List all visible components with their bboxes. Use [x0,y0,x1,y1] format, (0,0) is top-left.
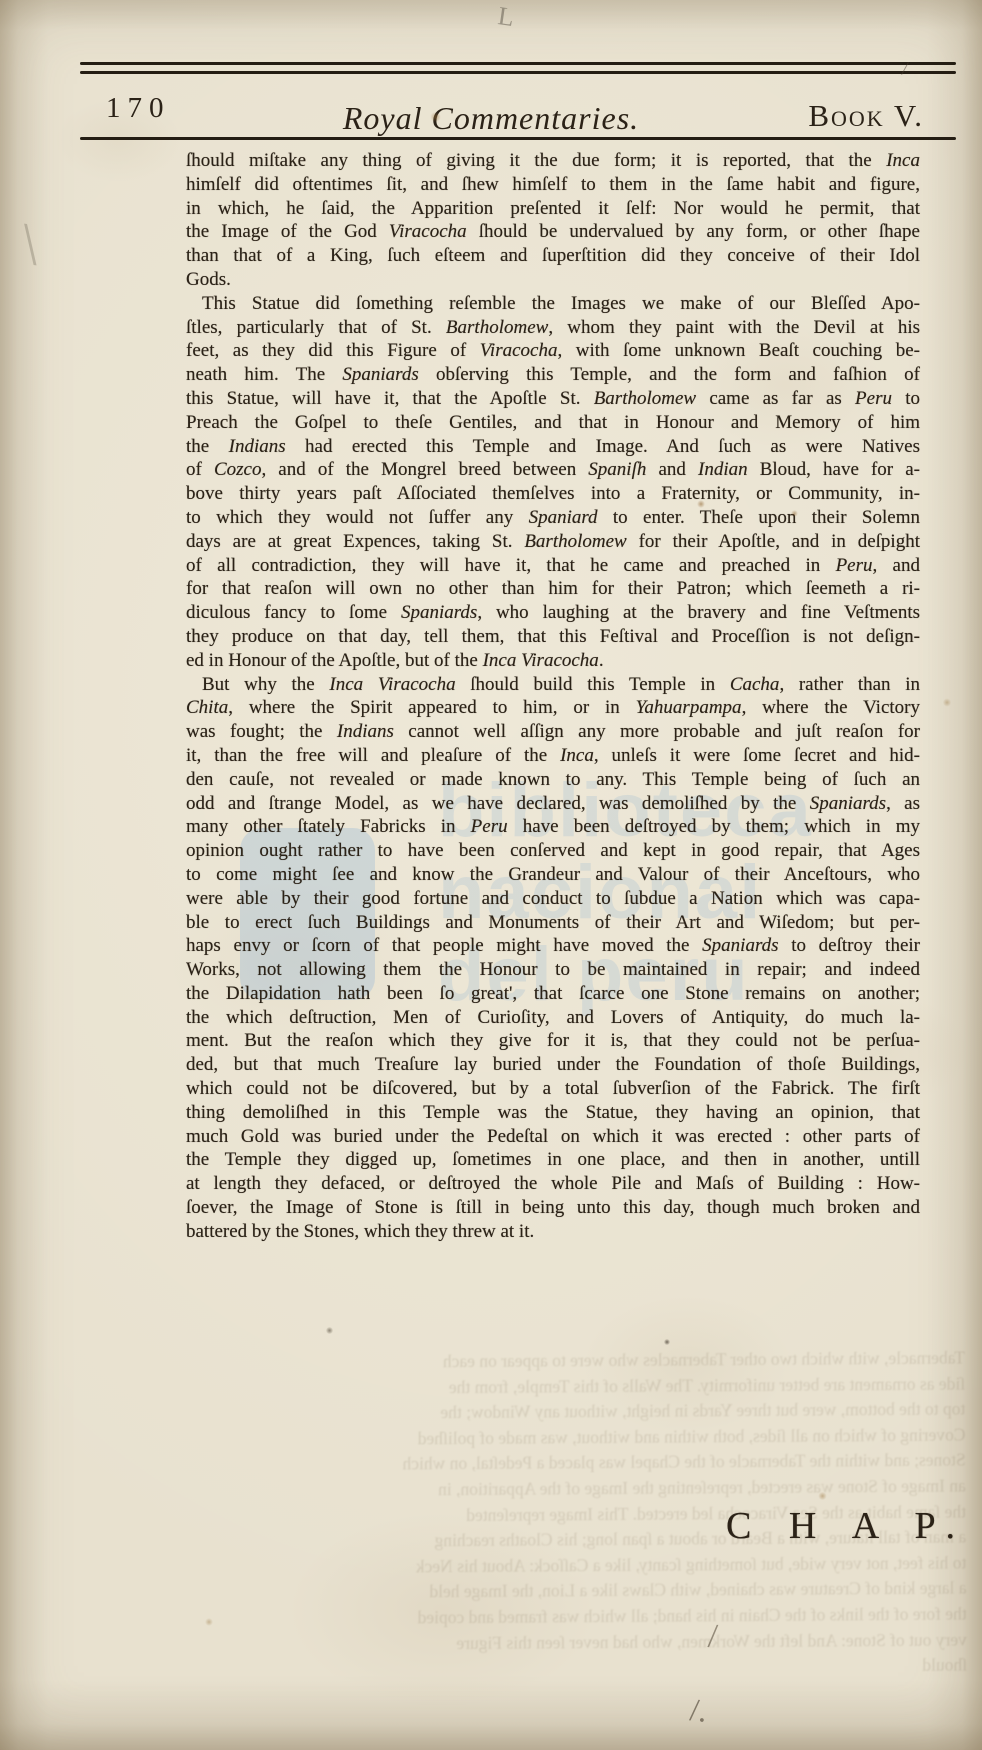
text-line: many other ſtately Fabricks in Peru have… [186,815,920,839]
text-line: for that reaſon will own no other than h… [186,577,920,601]
text-line: den cauſe, not revealed or made known to… [186,768,920,792]
text-line: ed in Honour of the Apoſtle, but of the … [186,649,920,673]
text-line: thing demoliſhed in this Temple was the … [186,1101,920,1125]
foxing-spot [326,1327,333,1334]
text-line: much Gold was buried under the Pedeſtal … [186,1125,920,1149]
text-line: this Statue, will have it, that the Apoſ… [186,387,920,411]
text-line: the Image of the God Viracocha ſhould be… [186,220,920,244]
text-line: Preach the Goſpel to theſe Gentiles, and… [186,411,920,435]
text-line: ſoever, the Image of Stone is ſtill in b… [186,1196,920,1220]
text-line: bove thirty years paſt Aſſociated themſe… [186,482,920,506]
text-line: himſelf did oftentimes ſit, and ſhew him… [186,173,920,197]
text-line: days are at great Expences, taking St. B… [186,530,920,554]
text-line: they produce on that day, tell them, tha… [186,625,920,649]
book-label: Book V. [808,98,924,134]
text-line: the Indians had erected this Temple and … [186,435,920,459]
text-line: than that of a King, ſuch eſteem and ſup… [186,244,920,268]
foxing-spot [205,1618,213,1626]
text-line: the which deſtruction, Men of Curioſity,… [186,1006,920,1030]
paragraph: This Statue did ſomething reſemble the I… [186,292,920,673]
paragraph: ſhould miſtake any thing of giving it th… [186,149,920,292]
show-through-line: very out of Stone: And left the Workmen,… [253,1627,967,1658]
text-line: ſtles, particularly that of St. Bartholo… [186,316,920,340]
show-through-line: ſhould [253,1653,967,1684]
text-line: neath him. The Spaniards obſerving this … [186,363,920,387]
text-line: haps envy or ſcorn of that people might … [186,934,920,958]
header-rule [80,137,956,140]
text-line: ſhould miſtake any thing of giving it th… [186,149,920,173]
text-line: of Cozco, and of the Mongrel breed betwe… [186,458,920,482]
text-line: was fought; the Indians cannot well aſſi… [186,720,920,744]
text-line: which could not be diſcovered, but by a … [186,1077,920,1101]
text-line: diculous fancy to ſome Spaniards, who la… [186,601,920,625]
text-line: to come might ſee and know the Grandeur … [186,863,920,887]
text-line: were able by their good fortune and cond… [186,887,920,911]
text-line: ment. But the reaſon which they give for… [186,1029,920,1053]
text-line: at length they defaced, or deſtroyed the… [186,1172,920,1196]
text-line: Works, not allowing them the Honour to b… [186,958,920,982]
text-line: Gods. [186,268,920,292]
text-line: But why the Inca Viracocha ſhould build … [186,673,920,697]
text-line: battered by the Stones, which they threw… [186,1220,920,1244]
text-line: the Dilapidation hath been ſo great', th… [186,982,920,1006]
text-line: feet, as they did this Figure of Viracoc… [186,339,920,363]
text-line: This Statue did ſomething reſemble the I… [186,292,920,316]
text-line: ded, but that much Treaſure lay buried u… [186,1053,920,1077]
text-line: it, than the free will and pleaſure of t… [186,744,920,768]
foxing-spot [943,698,951,707]
catchword: C H A P. [726,1504,969,1548]
text-line: Chita, where the Spirit appeared to him,… [186,696,920,720]
margin-pencil-stroke: \ [18,209,42,279]
foxing-spot [664,1339,670,1345]
text-line: the Temple they digged up, ſometimes in … [186,1148,920,1172]
body-text: ſhould miſtake any thing of giving it th… [186,149,920,1244]
text-line: ble to erect ſuch Buildings and Monument… [186,911,920,935]
text-line: to which they would not ſuffer any Spani… [186,506,920,530]
head-rule-upper [80,62,956,65]
text-line: odd and ſtrange Model, as we have declar… [186,792,920,816]
pen-slash-dot-mark: /. [688,1691,709,1730]
text-line: opinion ought rather to have been conſer… [186,839,920,863]
paragraph: But why the Inca Viracocha ſhould build … [186,673,920,1244]
book-page: 170 Royal Commentaries. Book V. bibliote… [0,0,982,1750]
text-line: of all contradiction, they will have it,… [186,554,920,578]
text-line: in which, he ſaid, the Apparition preſen… [186,197,920,221]
pencil-mark: L [496,1,516,33]
head-rule-lower [80,71,956,74]
